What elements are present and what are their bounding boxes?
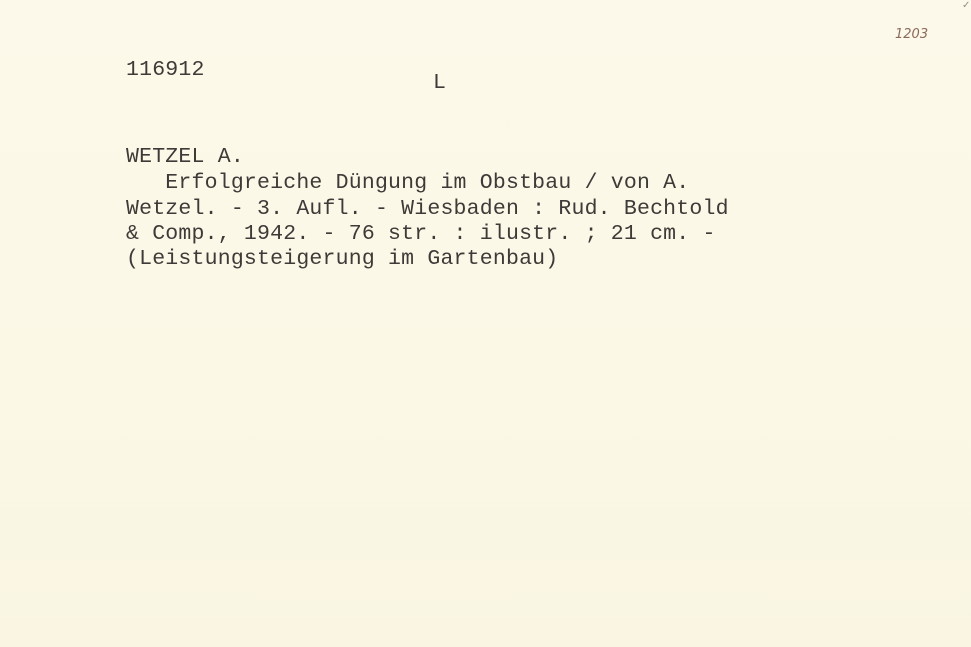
handwritten-number: 1203 [895, 27, 928, 42]
entry-line: (Leistungsteigerung im Gartenbau) [126, 246, 558, 272]
entry-line: Wetzel. - 3. Aufl. - Wiesbaden : Rud. Be… [126, 196, 729, 222]
accession-number: 116912 [126, 57, 205, 83]
entry-line: & Comp., 1942. - 76 str. : ilustr. ; 21 … [126, 221, 716, 247]
entry-heading: WETZEL A. [126, 144, 244, 170]
entry-line: Erfolgreiche Düngung im Obstbau / von A. [126, 170, 689, 196]
check-mark-icon: ✓ [962, 0, 970, 11]
location-mark: L [433, 70, 446, 96]
catalog-card: 116912 L 1203 ✓ WETZEL A. Erfolgreiche D… [0, 0, 971, 647]
